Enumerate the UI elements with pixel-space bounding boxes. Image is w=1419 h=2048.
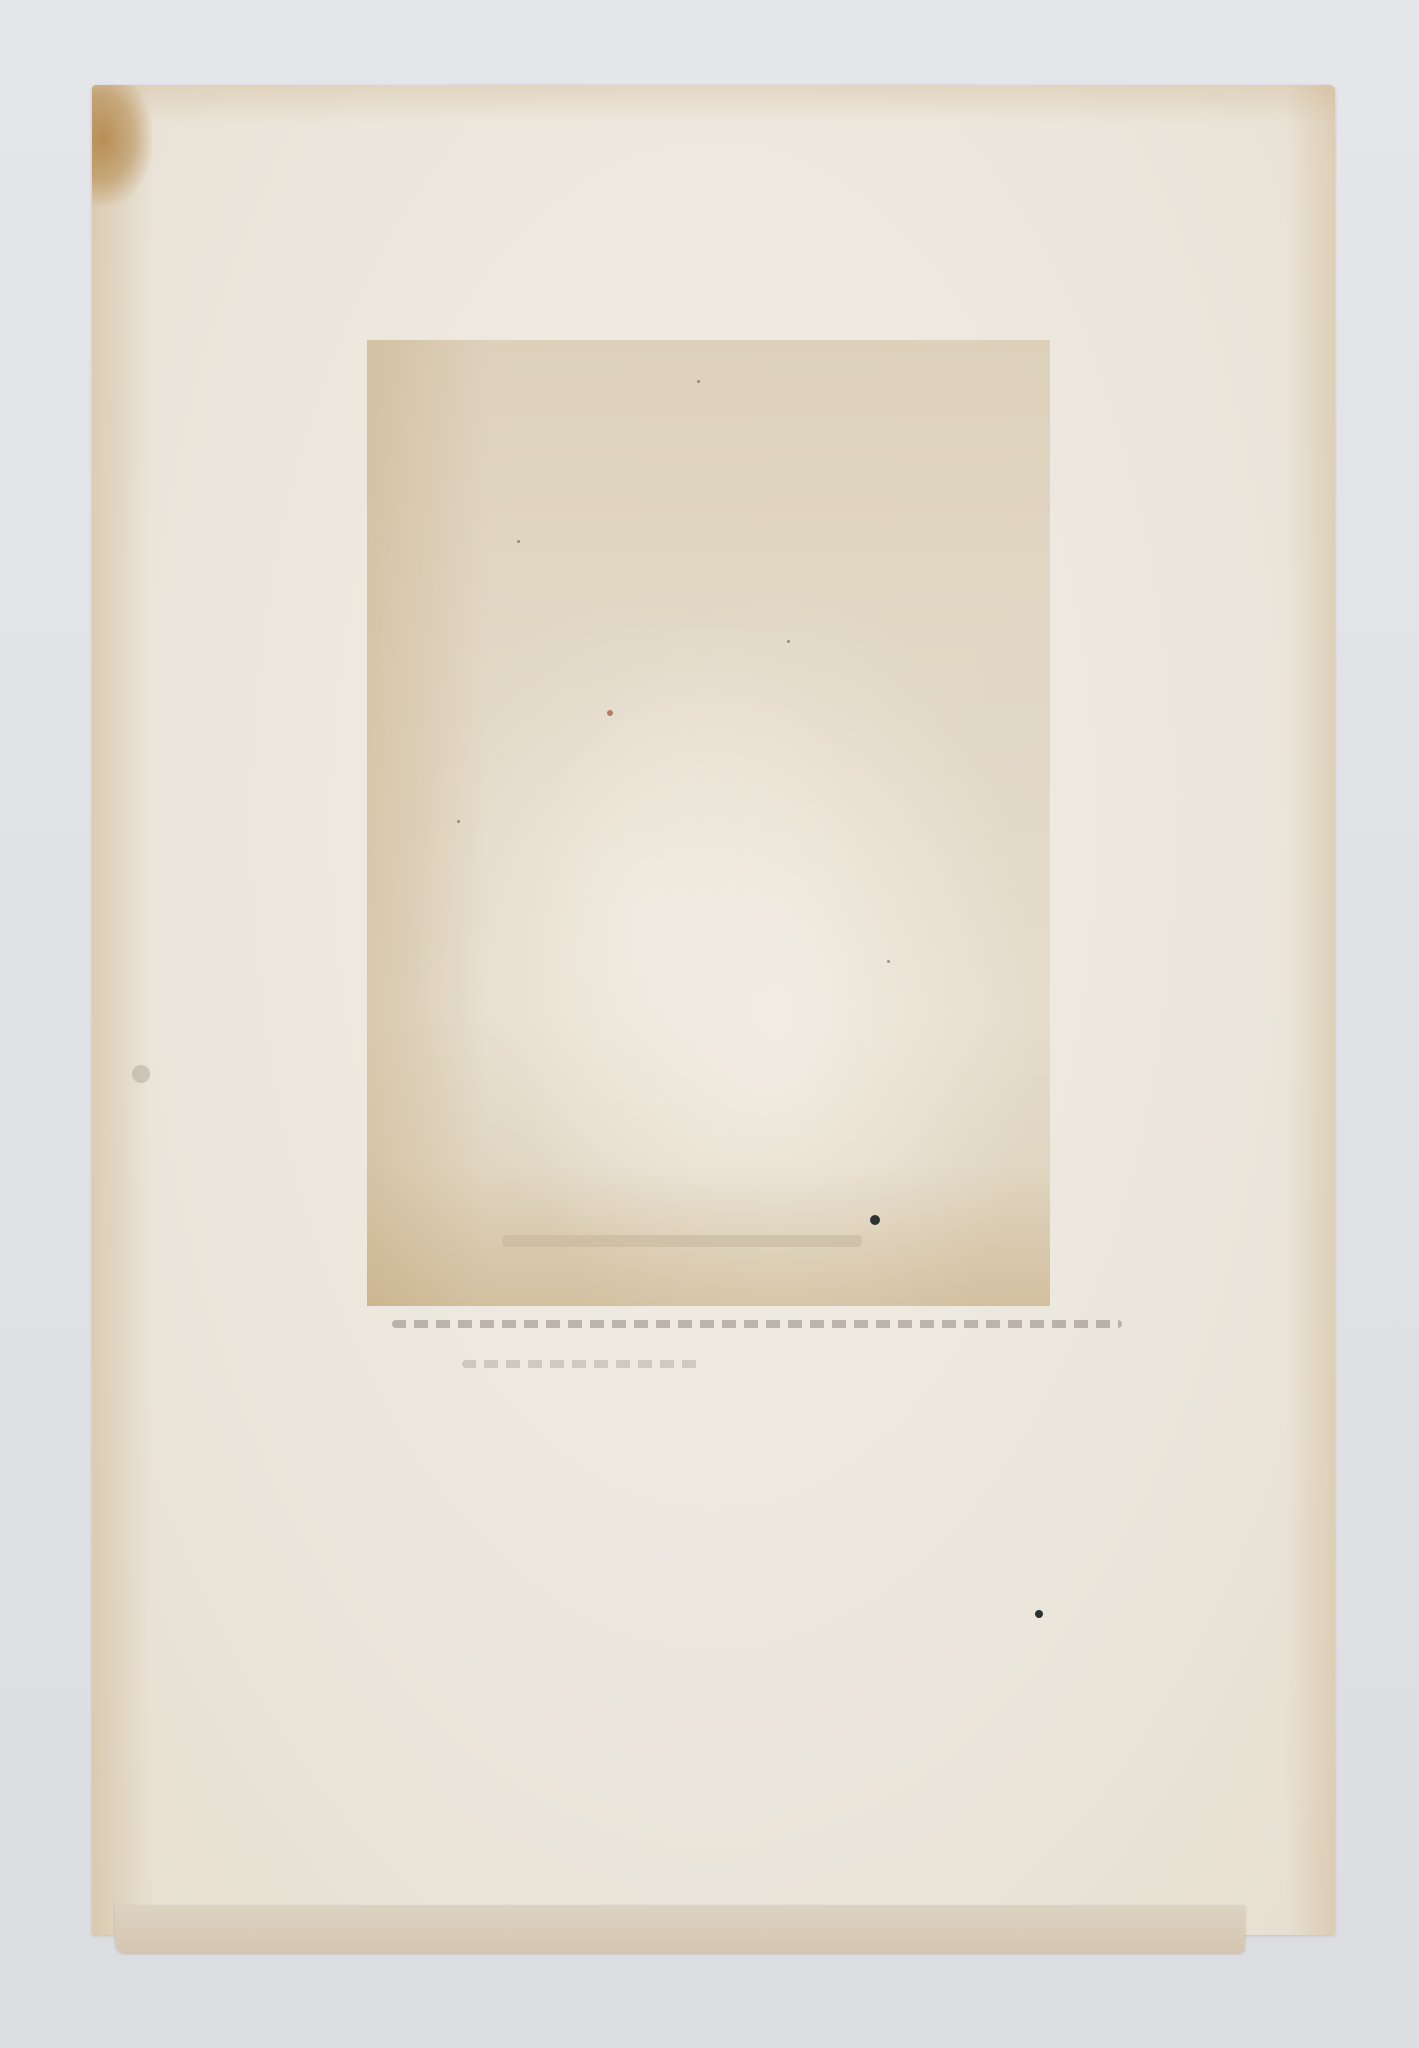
rust-spot <box>607 710 613 716</box>
speckle <box>697 380 700 383</box>
torn-bottom-edge <box>115 1905 1245 1953</box>
plate-shading <box>367 340 487 1306</box>
water-stain <box>92 85 152 205</box>
bleed-through-plate <box>367 340 1050 1306</box>
ink-dot <box>870 1215 880 1225</box>
caption-title-bleed <box>502 1235 862 1247</box>
speckle <box>517 540 520 543</box>
smudge <box>132 1065 150 1083</box>
caption-line-bleed <box>392 1320 1122 1328</box>
speckle <box>887 960 890 963</box>
paper-sheet <box>92 85 1335 1935</box>
caption-line-bleed <box>462 1360 702 1368</box>
speckle <box>457 820 460 823</box>
ink-dot <box>1035 1610 1043 1618</box>
speckle <box>787 640 790 643</box>
